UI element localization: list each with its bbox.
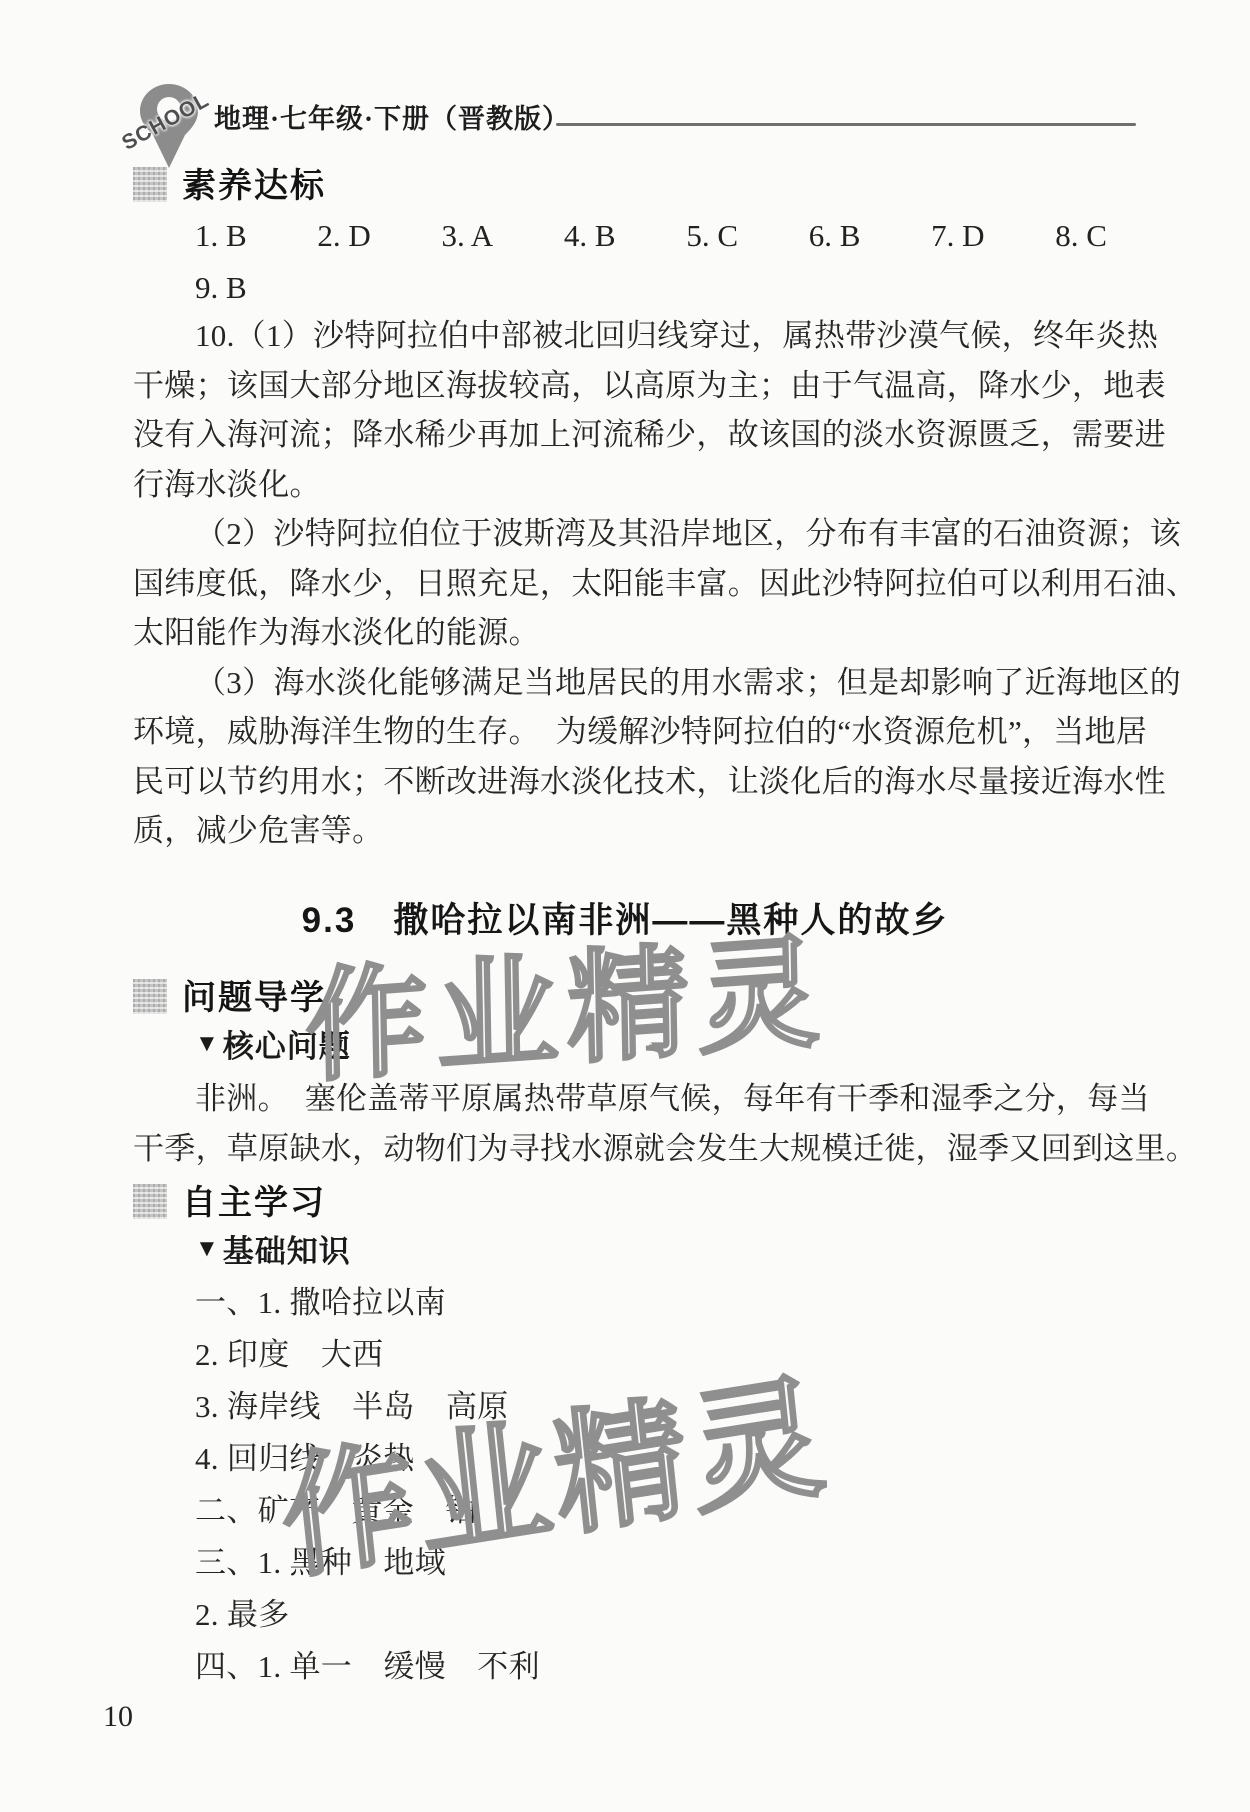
list-line: 三、1. 黑种 地域 [195, 1537, 1145, 1589]
section-square-icon [133, 167, 167, 202]
paragraph-line: 干季，草原缺水，动物们为寻找水源就会发生大规模迁徙，湿季又回到这里。 [133, 1124, 1133, 1174]
question10-answer: 10.（1）沙特阿拉伯中部被北回归线穿过，属热带沙漠气候，终年炎热 干燥；该国大… [133, 311, 1133, 856]
answer-item: 6. B [809, 218, 861, 254]
sub-heading-jichu: ▼ 基础知识 [195, 1225, 351, 1271]
list-line: 2. 印度 大西 [195, 1329, 1145, 1381]
section-heading-label: 自主学习 [182, 1175, 326, 1224]
zizhu-answer-list: 一、1. 撒哈拉以南 2. 印度 大西 3. 海岸线 半岛 高原 4. 回归线 … [195, 1277, 1145, 1693]
book-title: 地理·七年级·下册（晋教版） [214, 97, 570, 136]
triangle-marker-icon: ▼ [195, 1235, 220, 1263]
section-heading-label: 素养达标 [182, 158, 326, 207]
paragraph-line: 非洲。 塞伦盖蒂平原属热带草原气候，每年有干季和湿季之分，每当 [133, 1074, 1133, 1124]
list-line: 二、矿产 黄金 铀 [195, 1485, 1145, 1537]
answer-item: 1. B [195, 218, 247, 254]
section-square-icon [133, 979, 167, 1014]
answer-line: 干燥；该国大部分地区海拔较高，以高原为主；由于气温高，降水少，地表 [133, 361, 1133, 411]
answer-item: 3. A [442, 218, 494, 254]
choice-answers-row1: 1. B 2. D 3. A 4. B 5. C 6. B 7. D 8. C [195, 213, 1107, 259]
workbook-page: SCHOOL 地理·七年级·下册（晋教版） 素养达标 1. B 2. D 3. … [0, 0, 1250, 1812]
answer-line: 行海水淡化。 [133, 460, 1133, 510]
lesson-title: 9.3 撒哈拉以南非洲——黑种人的故乡 [0, 893, 1250, 943]
answer-line: 国纬度低，降水少，日照充足，太阳能丰富。因此沙特阿拉伯可以利用石油、 [133, 559, 1133, 609]
answer-line: 太阳能作为海水淡化的能源。 [133, 608, 1133, 658]
sub-heading-label: 基础知识 [223, 1226, 351, 1271]
section-heading-wenti: 问题导学 [133, 970, 326, 1019]
answer-line: 环境，威胁海洋生物的生存。 为缓解沙特阿拉伯的“水资源危机”，当地居 [133, 707, 1133, 757]
answer-line: （3）海水淡化能够满足当地居民的用水需求；但是却影响了近海地区的 [133, 658, 1133, 708]
answer-item: 8. C [1055, 218, 1107, 254]
section-heading-label: 问题导学 [182, 970, 326, 1019]
answer-line: 10.（1）沙特阿拉伯中部被北回归线穿过，属热带沙漠气候，终年炎热 [133, 311, 1133, 361]
wenti-paragraph: 非洲。 塞伦盖蒂平原属热带草原气候，每年有干季和湿季之分，每当 干季，草原缺水，… [133, 1074, 1133, 1174]
list-line: 4. 回归线 炎热 [195, 1433, 1145, 1485]
answer-item: 7. D [931, 218, 984, 254]
answer-item: 5. C [686, 218, 738, 254]
answer-line: （2）沙特阿拉伯位于波斯湾及其沿岸地区，分布有丰富的石油资源；该 [133, 509, 1133, 559]
triangle-marker-icon: ▼ [195, 1030, 220, 1058]
header-rule [556, 123, 1136, 126]
list-line: 四、1. 单一 缓慢 不利 [195, 1641, 1145, 1693]
answer-line: 民可以节约用水；不断改进海水淡化技术，让淡化后的海水尽量接近海水性 [133, 757, 1133, 807]
answer-item: 2. D [317, 218, 370, 254]
answer-item: 4. B [564, 218, 616, 254]
list-line: 一、1. 撒哈拉以南 [195, 1277, 1145, 1329]
answer-line: 质，减少危害等。 [133, 806, 1133, 856]
sub-heading-label: 核心问题 [223, 1021, 351, 1066]
list-line: 2. 最多 [195, 1589, 1145, 1641]
section-square-icon [133, 1184, 167, 1219]
choice-answers-row2: 9. B [195, 265, 247, 311]
sub-heading-hexin: ▼ 核心问题 [195, 1020, 351, 1066]
answer-item: 9. B [195, 270, 247, 306]
list-line: 3. 海岸线 半岛 高原 [195, 1381, 1145, 1433]
section-heading-zizhu: 自主学习 [133, 1175, 326, 1224]
page-number: 10 [103, 1700, 133, 1734]
section-heading-suyang: 素养达标 [133, 158, 326, 207]
answer-line: 没有入海河流；降水稀少再加上河流稀少，故该国的淡水资源匮乏，需要进 [133, 410, 1133, 460]
